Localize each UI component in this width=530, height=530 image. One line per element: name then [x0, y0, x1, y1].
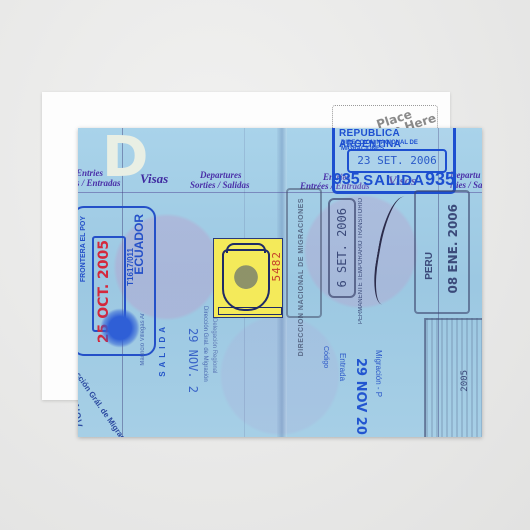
- bolivia-authority: Dirección Gral. de Migración: [202, 306, 208, 382]
- argentina-entry-stamp: 6 SET. 2006: [328, 198, 356, 298]
- argentina-stamp-code-right: 935: [425, 169, 455, 190]
- peru-stamp-label: PERU: [424, 252, 435, 280]
- costa-rica-code-label: Código: [322, 346, 329, 368]
- header-departures-left: Departures: [200, 170, 242, 180]
- ecuador-stamp-authority: FRONTERA EL POY: [80, 216, 87, 282]
- coat-of-arms-icon: [222, 249, 270, 311]
- ecuador-stamp-number: T1617/011: [126, 248, 135, 286]
- migration-gray-stamp: DIRECCION NACIONAL DE MIGRACIONES: [286, 188, 322, 318]
- costa-rica-entry-label: Entrada: [338, 353, 347, 381]
- peru-stamp: 08 ENE. 2006 PERU: [414, 190, 470, 314]
- costa-rica-office: Migración - P: [374, 350, 383, 397]
- bolivia-salida-date: 29 NOV. 2: [186, 328, 200, 393]
- bolivia-salida-label: SALIDA: [158, 323, 167, 377]
- fiscal-stamp-number: 5482: [270, 251, 283, 282]
- header-entradas-left: s / Entradas: [78, 178, 121, 188]
- gray-entry-stamp-date: 2005: [460, 370, 470, 392]
- argentina-entry-side-text: PERMANENTE TEMPORARIO TRANSITORIO: [358, 198, 365, 324]
- bolivia-diagonal-authority: Dirección Grál. de Migración y: [78, 358, 138, 437]
- migration-gray-stamp-text: DIRECCION NACIONAL DE MIGRACIONES: [298, 198, 305, 356]
- bolivia-office: Delegación Regional: [211, 318, 217, 373]
- header-visas-left: Visas: [140, 174, 168, 184]
- ecuador-seal-icon: [100, 308, 140, 348]
- gray-entry-stamp: 2005: [424, 318, 482, 437]
- fiscal-revenue-stamp: 5482: [213, 238, 283, 318]
- costa-rica-date: 29 NOV 20: [353, 358, 368, 435]
- postcard-front-passport-image: D Entries s / Entradas Visas Departures …: [78, 128, 482, 437]
- fiscal-stamp-footer: [218, 307, 282, 315]
- header-salidas-left: Sorties / Salidas: [190, 180, 250, 190]
- argentina-exit-stamp: REPUBLICA ARGENTINA DIRECCION NACIONAL D…: [332, 128, 456, 194]
- argentina-entry-date: 6 SET. 2006: [335, 208, 349, 287]
- bolivia-officer-name: Mauricio Villegas Ar: [140, 313, 146, 366]
- header-entries-left: Entries: [78, 168, 103, 178]
- peru-stamp-date: 08 ENE. 2006: [446, 204, 460, 293]
